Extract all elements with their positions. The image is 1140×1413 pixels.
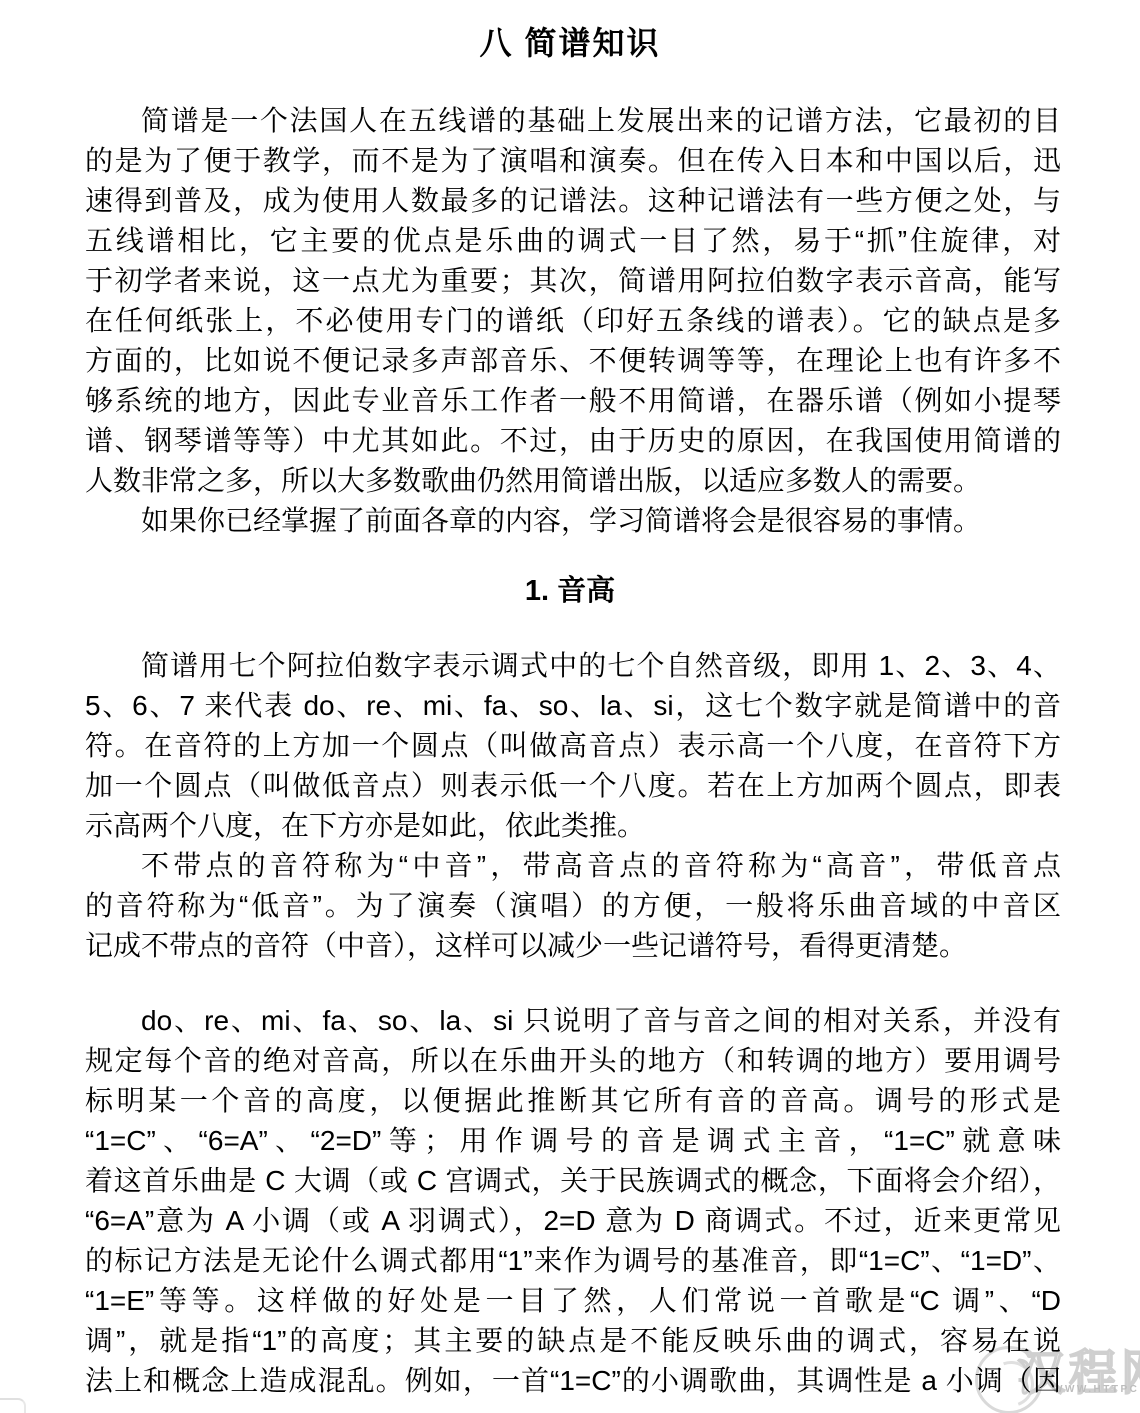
text-line: 的音符称为“低音”。为了演奏（演唱）的方便，一般将乐曲音域的中音区 xyxy=(85,886,1061,926)
text-line: 标明某一个音的高度，以便据此推断其它所有音的音高。调号的形式是 xyxy=(85,1081,1061,1121)
paragraph-3: 简谱用七个阿拉伯数字表示调式中的七个自然音级，即用 1、2、3、4、 5、6、7… xyxy=(85,646,1061,846)
text-line: 记成不带点的音符（中音），这样可以减少一些记谱符号，看得更清楚。 xyxy=(85,926,1061,966)
paragraph-2: 如果你已经掌握了前面各章的内容，学习简谱将会是很容易的事情。 xyxy=(85,501,1061,541)
text-line: 在任何纸张上，不必使用专门的谱纸（印好五条线的谱表）。它的缺点是多 xyxy=(85,301,1061,341)
text-line: 于初学者来说，这一点尤为重要；其次，简谱用阿拉伯数字表示音高，能写 xyxy=(85,261,1061,301)
text-line: 着这首乐曲是 C 大调（或 C 宫调式，关于民族调式的概念，下面将会介绍）， xyxy=(85,1161,1061,1201)
watermark-site-url: WWW.HTTPCN.COM xyxy=(1053,1384,1140,1395)
text-block-intro: 简谱是一个法国人在五线谱的基础上发展出来的记谱方法，它最初的目 的是为了便于教学… xyxy=(85,101,1061,541)
text-line: 示高两个八度，在下方亦是如此，依此类推。 xyxy=(85,806,1061,846)
text-line: 如果你已经掌握了前面各章的内容，学习简谱将会是很容易的事情。 xyxy=(85,501,1061,541)
page-title: 八 简谱知识 xyxy=(0,18,1140,64)
text-line: 够系统的地方，因此专业音乐工作者一般不用简谱，在器乐谱（例如小提琴 xyxy=(85,381,1061,421)
text-line: 5、6、7 来代表 do、re、mi、fa、so、la、si，这七个数字就是简谱… xyxy=(85,686,1061,726)
text-line: 人数非常之多，所以大多数歌曲仍然用简谱出版，以适应多数人的需要。 xyxy=(85,461,1061,501)
text-line: 规定每个音的绝对音高，所以在乐曲开头的地方（和转调的地方）要用调号 xyxy=(85,1041,1061,1081)
paragraph-5: do、re、mi、fa、so、la、si 只说明了音与音之间的相对关系，并没有 … xyxy=(85,1001,1061,1401)
text-line: 的是为了便于教学，而不是为了演唱和演奏。但在传入日本和中国以后，迅 xyxy=(85,141,1061,181)
text-line: 方面的，比如说不便记录多声部音乐、不便转调等等，在理论上也有许多不 xyxy=(85,341,1061,381)
text-line: 谱、钢琴谱等等）中尤其如此。不过，由于历史的原因，在我国使用简谱的 xyxy=(85,421,1061,461)
text-line: 速得到普及，成为使用人数最多的记谱法。这种记谱法有一些方便之处，与 xyxy=(85,181,1061,221)
text-line: 法上和概念上造成混乱。例如，一首“1=C”的小调歌曲，其调性是 a 小调（因 xyxy=(85,1361,1061,1401)
text-line: 简谱是一个法国人在五线谱的基础上发展出来的记谱方法，它最初的目 xyxy=(85,101,1061,141)
text-line: 的标记方法是无论什么调式都用“1”来作为调号的基准音，即“1=C”、“1=D”、 xyxy=(85,1241,1061,1281)
text-line: 符。在音符的上方加一个圆点（叫做高音点）表示高一个八度，在音符下方 xyxy=(85,726,1061,766)
text-line: 不带点的音符称为“中音”，带高音点的音符称为“高音”，带低音点 xyxy=(85,846,1061,886)
paragraph-4: 不带点的音符称为“中音”，带高音点的音符称为“高音”，带低音点 的音符称为“低音… xyxy=(85,846,1061,966)
text-line: 调”，就是指“1”的高度；其主要的缺点是不能反映乐曲的调式，容易在说 xyxy=(85,1321,1061,1361)
text-line: do、re、mi、fa、so、la、si 只说明了音与音之间的相对关系，并没有 xyxy=(85,1001,1061,1041)
document-page: 八 简谱知识 简谱是一个法国人在五线谱的基础上发展出来的记谱方法，它最初的目 的… xyxy=(0,0,1140,1413)
scan-artifact xyxy=(0,1398,26,1413)
text-line: 简谱用七个阿拉伯数字表示调式中的七个自然音级，即用 1、2、3、4、 xyxy=(85,646,1061,686)
text-block-keys: do、re、mi、fa、so、la、si 只说明了音与音之间的相对关系，并没有 … xyxy=(85,1001,1061,1401)
text-line: 加一个圆点（叫做低音点）则表示低一个八度。若在上方加两个圆点，即表 xyxy=(85,766,1061,806)
text-line: “6=A”意为 A 小调（或 A 羽调式），2=D 意为 D 商调式。不过，近来… xyxy=(85,1201,1061,1241)
text-line: 五线谱相比，它主要的优点是乐曲的调式一目了然，易于“抓”住旋律，对 xyxy=(85,221,1061,261)
section-heading-pitch: 1. 音高 xyxy=(0,568,1140,609)
text-line: “1=E”等等。这样做的好处是一目了然，人们常说一首歌是“C 调”、“D xyxy=(85,1281,1061,1321)
paragraph-1: 简谱是一个法国人在五线谱的基础上发展出来的记谱方法，它最初的目 的是为了便于教学… xyxy=(85,101,1061,501)
text-line: “1=C”、“6=A”、“2=D”等；用作调号的音是调式主音，“1=C”就意味 xyxy=(85,1121,1061,1161)
text-block-pitch: 简谱用七个阿拉伯数字表示调式中的七个自然音级，即用 1、2、3、4、 5、6、7… xyxy=(85,646,1061,966)
